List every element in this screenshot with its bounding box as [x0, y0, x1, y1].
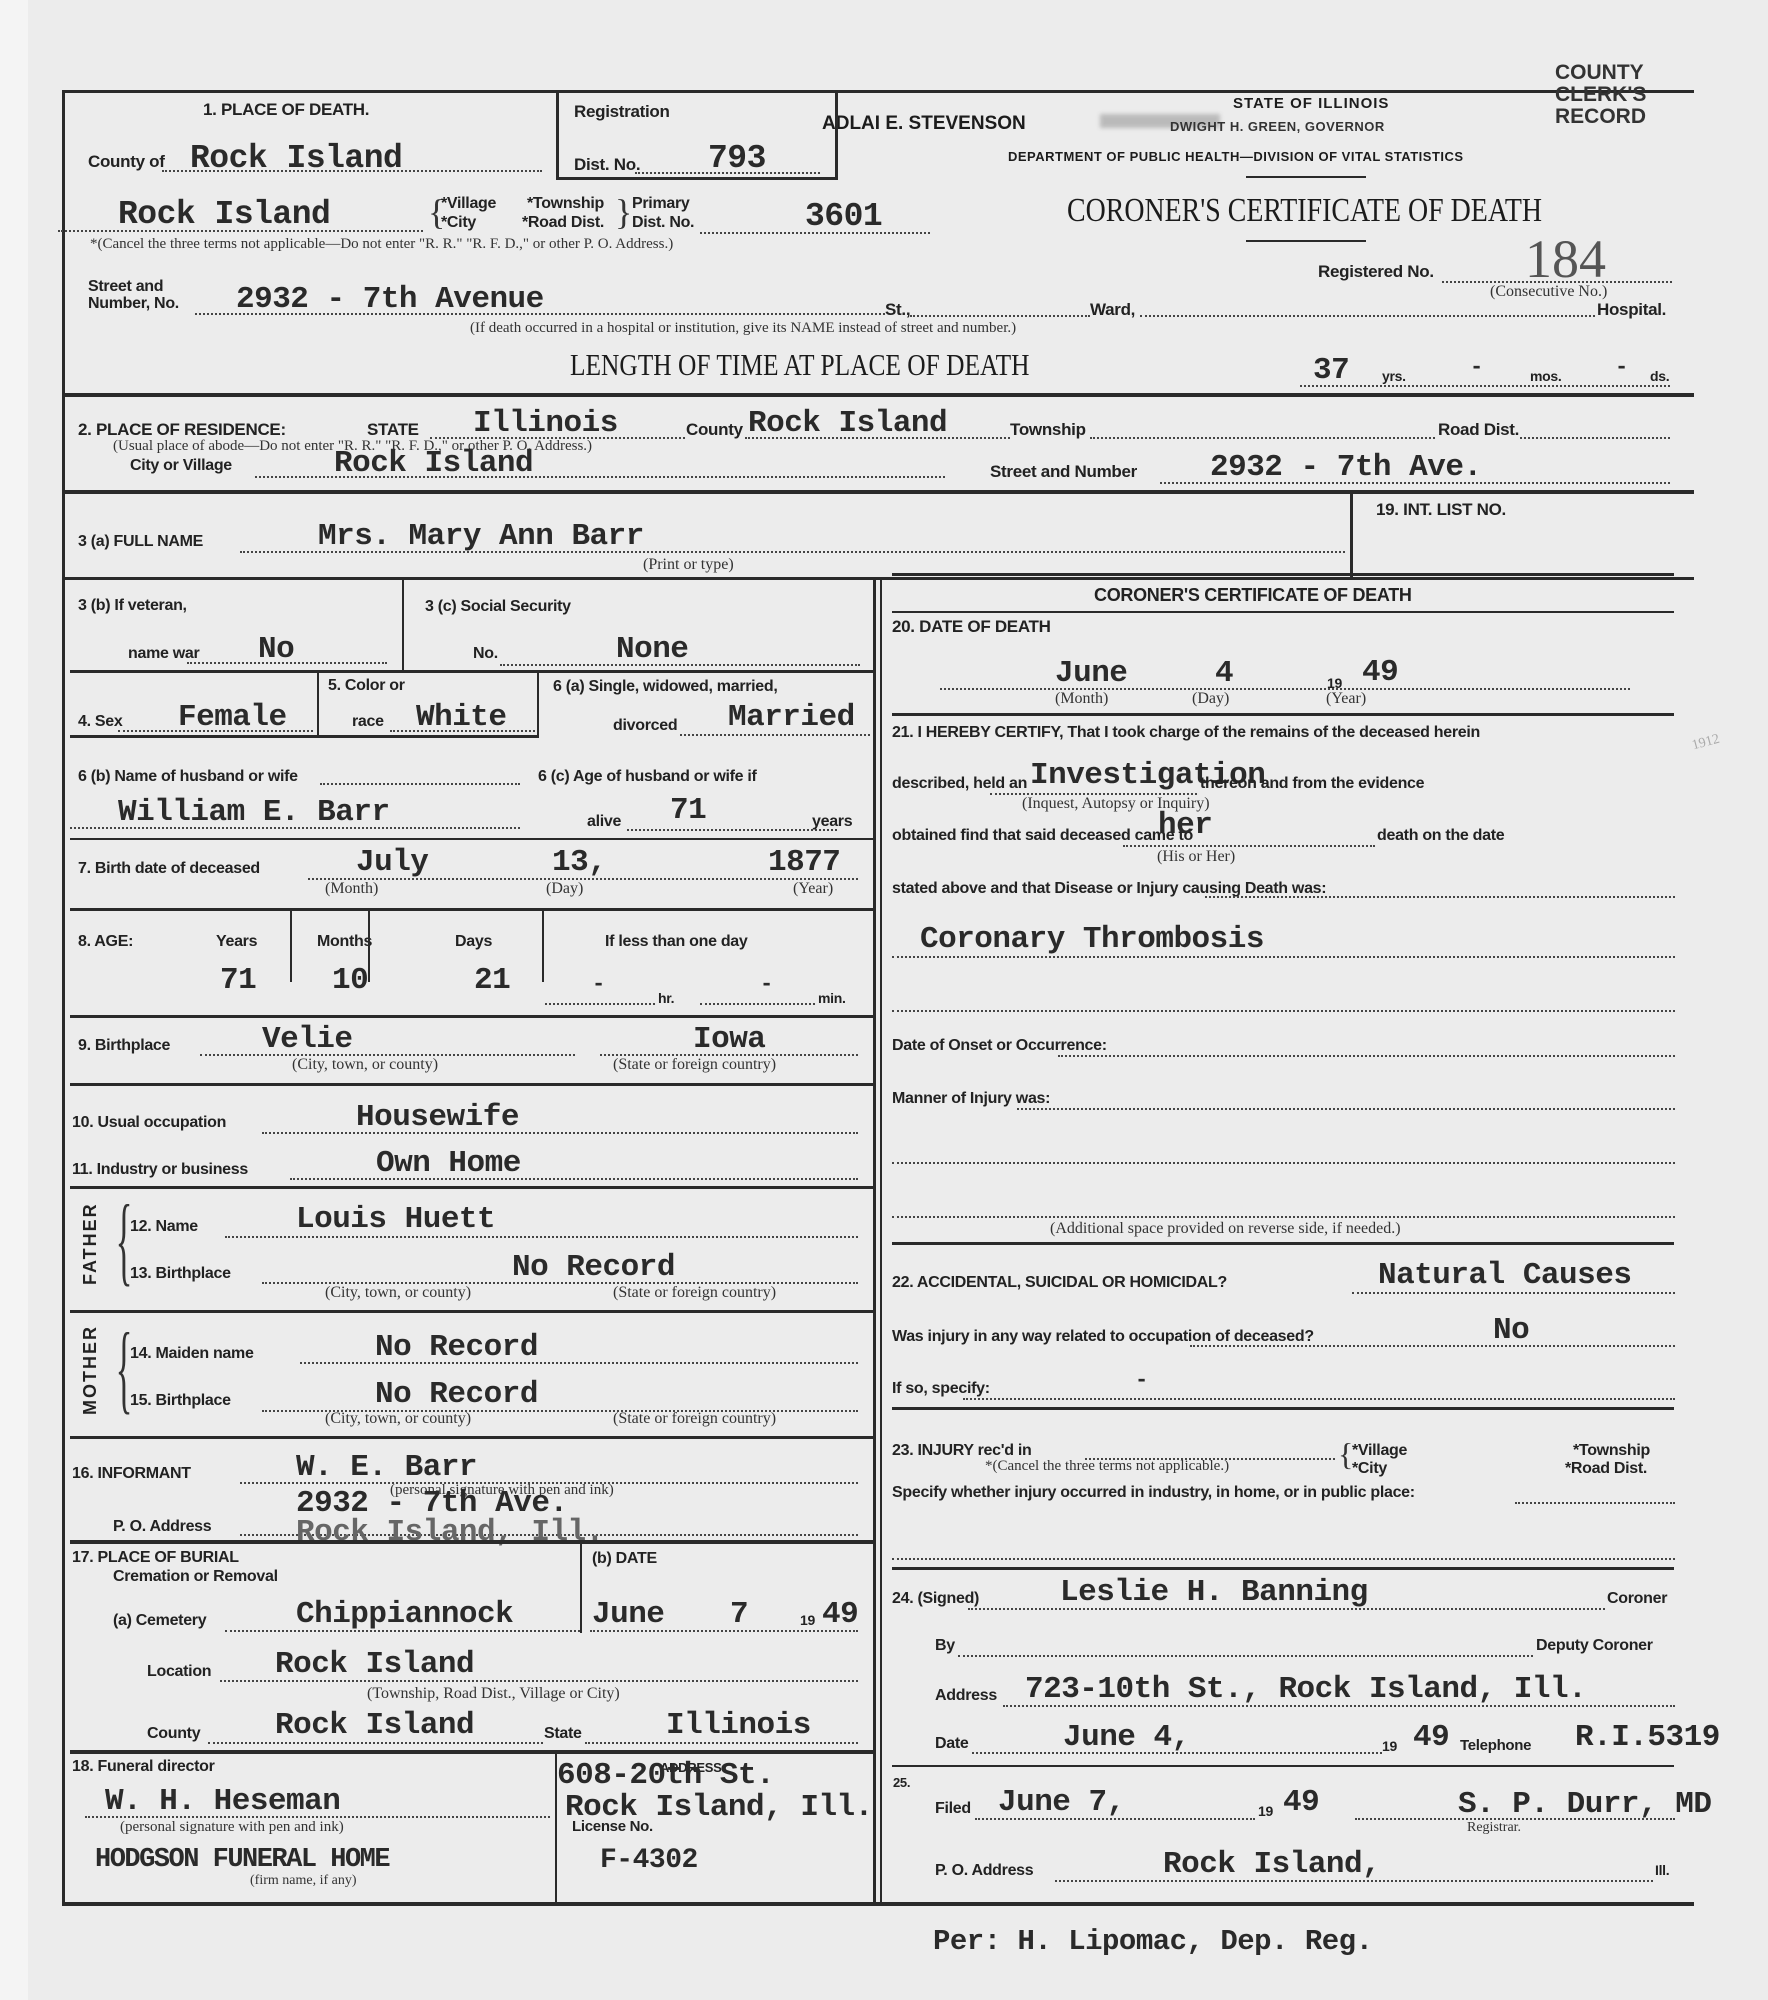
- spouse-age-value: 71: [670, 793, 706, 828]
- street-label-1: Street and: [88, 278, 179, 295]
- burial-19-label: 19: [800, 1612, 815, 1628]
- injury-village-option: *Village: [1352, 1442, 1407, 1460]
- coroner-address-label: Address: [935, 1687, 997, 1705]
- manner-line: [1017, 1108, 1675, 1110]
- city-option: *City: [441, 214, 476, 232]
- occupation-label: 10. Usual occupation: [72, 1114, 226, 1132]
- funeral-director-label: 18. Funeral director: [72, 1758, 215, 1776]
- marital-label-1: 6 (a) Single, widowed, married,: [553, 678, 778, 696]
- length-mos-value: -: [1470, 355, 1483, 380]
- ds-label: ds.: [1650, 368, 1669, 384]
- dist-no-label: Dist. No.: [574, 155, 640, 175]
- death-on-label: death on the date: [1377, 827, 1504, 845]
- age-years-label: Years: [216, 933, 257, 951]
- rule-after-residence: [62, 490, 1694, 494]
- rule-after-spouse: [70, 838, 873, 840]
- full-name-label: 3 (a) FULL NAME: [78, 533, 203, 551]
- birthplace-label: 9. Birthplace: [78, 1037, 170, 1055]
- st-label: St.,: [885, 300, 910, 320]
- father-state-note: (State or foreign country): [613, 1284, 776, 1302]
- residence-state-value: Illinois: [473, 406, 618, 441]
- residence-street-label: Street and Number: [990, 462, 1137, 482]
- rule-after-name: [62, 577, 1694, 580]
- spouse-value: William E. Barr: [118, 795, 390, 830]
- thereon-label: thereon and from the evidence: [1200, 775, 1424, 793]
- cemetery-value: Chippiannock: [296, 1597, 513, 1632]
- race-divider: [537, 673, 539, 735]
- ward-line: [1140, 315, 1595, 317]
- death-month-value: June: [1055, 656, 1127, 691]
- title-rule-top: [1246, 176, 1366, 178]
- coroner-address-value: 723-10th St., Rock Island, Ill.: [1025, 1672, 1586, 1707]
- death-street-value: 2932 - 7th Avenue: [236, 282, 544, 317]
- age-hr-line: [545, 1003, 655, 1005]
- county-clerk-line-3: RECORD: [1555, 106, 1646, 128]
- informant-name-value: W. E. Barr: [296, 1450, 477, 1485]
- burial-state-value: Illinois: [666, 1708, 811, 1743]
- residence-street-value: 2932 - 7th Ave.: [1210, 450, 1482, 485]
- license-value: F-4302: [600, 1845, 698, 1876]
- village-option: *Village: [441, 195, 496, 213]
- rule-after-occupation: [892, 1407, 1674, 1410]
- father-birthplace-label: 13. Birthplace: [130, 1265, 231, 1283]
- specify-value: -: [1135, 1368, 1148, 1393]
- cause-value: Coronary Thrombosis: [920, 922, 1264, 957]
- specify-label: If so, specify:: [892, 1380, 990, 1398]
- age-label: 8. AGE:: [78, 933, 133, 951]
- birth-month-value: July: [356, 845, 428, 880]
- st-line: [910, 315, 1090, 317]
- funeral-address-1: 608-20th St.: [557, 1758, 774, 1793]
- social-security-label: 3 (c) Social Security: [425, 598, 571, 616]
- race-label: race: [352, 713, 384, 731]
- industry-value: Own Home: [376, 1146, 521, 1181]
- residence-state-label: STATE: [367, 420, 419, 440]
- occupation-line: [262, 1132, 858, 1134]
- age-min-line: [700, 1003, 815, 1005]
- coroner-date-value: June 4,: [1063, 1720, 1190, 1755]
- ss-no-label: No.: [473, 645, 498, 663]
- license-label: License No.: [572, 1818, 653, 1835]
- rule-after-father: [70, 1310, 873, 1313]
- sex-label: 4. Sex: [78, 713, 122, 731]
- birthplace-city-value: Velie: [262, 1022, 353, 1057]
- death-month-note: (Month): [1055, 690, 1108, 708]
- hr-label: hr.: [658, 990, 674, 1006]
- accidental-label: 22. ACCIDENTAL, SUICIDAL OR HOMICIDAL?: [892, 1274, 1227, 1292]
- location-label: Location: [147, 1663, 211, 1681]
- road-dist-option: *Road Dist.: [522, 214, 604, 232]
- injury-city-option: *City: [1352, 1460, 1387, 1478]
- telephone-value: R.I.5319: [1575, 1720, 1720, 1755]
- spouse-label: 6 (b) Name of husband or wife: [78, 768, 298, 786]
- county-clerk-line-2: CLERK'S: [1555, 84, 1646, 106]
- funeral-director-value: W. H. Heseman: [105, 1784, 340, 1819]
- ward-label: Ward,: [1090, 300, 1135, 320]
- obtained-label: obtained find that said deceased came to: [892, 827, 1193, 845]
- death-day-value: 4: [1215, 656, 1233, 691]
- coroner-year-value: 49: [1413, 1720, 1449, 1755]
- injury-cancel-note: *(Cancel the three terms not applicable.…: [985, 1458, 1229, 1475]
- age-divider-2: [368, 910, 370, 982]
- filed-date-value: June 7,: [998, 1785, 1125, 1820]
- primary-dist-value: 3601: [805, 198, 882, 235]
- rule-after-age: [70, 1015, 873, 1018]
- occupation-related-label: Was injury in any way related to occupat…: [892, 1328, 1314, 1346]
- residence-city-value: Rock Island: [334, 446, 533, 481]
- burial-label-1: 17. PLACE OF BURIAL: [72, 1549, 239, 1567]
- form-left-border: [62, 90, 65, 1905]
- rule-after-injury: [892, 1567, 1674, 1570]
- sex-value: Female: [178, 700, 287, 735]
- veteran-label: 3 (b) If veteran,: [78, 597, 187, 615]
- mother-maiden-label: 14. Maiden name: [130, 1345, 254, 1363]
- length-yrs-value: 37: [1313, 353, 1349, 388]
- rule-after-industry: [70, 1186, 873, 1189]
- form-top-border: [62, 90, 1694, 93]
- certificate-title: CORONER'S CERTIFICATE OF DEATH: [1067, 192, 1542, 230]
- burial-date-label: (b) DATE: [592, 1550, 657, 1568]
- certify-text: 21. I HEREBY CERTIFY, That I took charge…: [892, 724, 1480, 742]
- spouse-age-label: 6 (c) Age of husband or wife if: [538, 768, 757, 786]
- county-clerk-record: COUNTY CLERK'S RECORD: [1555, 62, 1646, 128]
- filed-year-value: 49: [1283, 1785, 1319, 1820]
- registrar-value: S. P. Durr, MD: [1458, 1787, 1711, 1822]
- filed-19-label: 19: [1258, 1803, 1273, 1819]
- mother-birthplace-label: 15. Birthplace: [130, 1392, 231, 1410]
- injury-road-dist-option: *Road Dist.: [1565, 1460, 1647, 1478]
- informant-po-value: Rock Island, Ill.: [296, 1515, 604, 1550]
- township-option: *Township: [527, 195, 604, 213]
- page-edge: [0, 0, 28, 2000]
- burial-year-value: 49: [822, 1597, 858, 1632]
- age-hr-value: -: [592, 972, 605, 997]
- father-name-label: 12. Name: [130, 1218, 198, 1236]
- father-group-label: FATHER: [80, 1202, 101, 1285]
- column-divider: [873, 580, 876, 1905]
- occupation-value: Housewife: [356, 1100, 519, 1135]
- rule-after-death-date: [892, 713, 1674, 716]
- rule-after-sex: [70, 735, 539, 738]
- street-label: Street and Number, No.: [88, 278, 179, 312]
- hospital-label: Hospital.: [1597, 300, 1666, 320]
- yrs-label: yrs.: [1382, 368, 1406, 384]
- alive-label: alive: [587, 813, 621, 831]
- rule-after-birth: [70, 908, 873, 911]
- marital-label-2: divorced: [613, 717, 677, 735]
- birth-year-note: (Year): [793, 880, 833, 898]
- onset-line: [1058, 1055, 1675, 1057]
- father-name-value: Louis Huett: [296, 1202, 495, 1237]
- marital-value: Married: [728, 700, 855, 735]
- burial-county-label: County: [147, 1725, 200, 1743]
- pronoun-line: [1123, 845, 1375, 847]
- burial-date-divider: [580, 1543, 582, 1633]
- mother-group-label: MOTHER: [80, 1325, 101, 1415]
- consecutive-no-note: (Consecutive No.): [1490, 283, 1607, 301]
- by-label: By: [935, 1637, 955, 1655]
- min-label: min.: [818, 990, 846, 1006]
- dist-no-value: 793: [708, 140, 766, 177]
- residence-city-label: City or Village: [130, 457, 232, 475]
- cause-line-2: [892, 1010, 1675, 1012]
- name-war-label: name war: [128, 645, 199, 663]
- int-list-divider: [1350, 492, 1353, 578]
- race-value: White: [416, 700, 507, 735]
- onset-label: Date of Onset or Occurrence:: [892, 1037, 1107, 1055]
- accidental-value: Natural Causes: [1378, 1258, 1631, 1293]
- death-date-line: [940, 688, 1630, 690]
- father-city-note: (City, town, or county): [325, 1284, 471, 1302]
- specify-line: [963, 1398, 1675, 1400]
- residence-township-line: [1090, 437, 1435, 439]
- county-label: County of: [88, 152, 165, 172]
- state-of-illinois: STATE OF ILLINOIS: [1233, 95, 1389, 112]
- spouse-label-line: [320, 783, 520, 785]
- death-19-label: 19: [1327, 675, 1342, 691]
- signed-value: Leslie H. Banning: [1060, 1575, 1368, 1610]
- age-months-value: 10: [332, 963, 368, 998]
- title-rule-bottom: [1246, 240, 1366, 242]
- father-birthplace-value: No Record: [512, 1250, 675, 1285]
- additional-note: (Additional space provided on reverse si…: [1050, 1220, 1401, 1238]
- age-min-value: -: [760, 972, 773, 997]
- primary-dist-label: Dist. No.: [632, 214, 694, 232]
- age-days-value: 21: [474, 963, 510, 998]
- industry-label: 11. Industry or business: [72, 1161, 248, 1179]
- county-clerk-line-1: COUNTY: [1555, 62, 1646, 84]
- int-list-label: 19. INT. LIST NO.: [1376, 500, 1506, 520]
- ss-no-value: None: [616, 632, 688, 667]
- mother-city-note: (City, town, or county): [325, 1410, 471, 1428]
- street-label-2: Number, No.: [88, 295, 179, 312]
- burial-state-label: State: [544, 1725, 582, 1743]
- coroner-19-label: 19: [1382, 1738, 1397, 1754]
- injury-township-option: *Township: [1573, 1442, 1650, 1460]
- age-days-label: Days: [455, 933, 492, 951]
- hospital-note: (If death occurred in a hospital or inst…: [470, 320, 1016, 337]
- filing-po-label: P. O. Address: [935, 1862, 1033, 1880]
- coroner-title-rule-top: [892, 573, 1674, 576]
- length-of-time-label: LENGTH OF TIME AT PLACE OF DEATH: [570, 347, 1029, 383]
- coroner-section-title: CORONER'S CERTIFICATE OF DEATH: [1094, 585, 1412, 606]
- full-name-value: Mrs. Mary Ann Barr: [318, 519, 644, 554]
- informant-label: 16. INFORMANT: [72, 1465, 191, 1483]
- residence-county-label: County: [686, 420, 743, 440]
- less-than-day-label: If less than one day: [605, 933, 748, 951]
- filing-num: 25.: [893, 1775, 910, 1790]
- his-her-note: (His or Her): [1157, 848, 1235, 866]
- by-line: [958, 1655, 1533, 1657]
- length-ds-value: -: [1615, 355, 1628, 380]
- bracket-right: }: [615, 191, 632, 233]
- funeral-sig-note: (personal signature with pen and ink): [120, 1819, 344, 1836]
- birth-month-note: (Month): [325, 880, 378, 898]
- mos-label: mos.: [1530, 368, 1561, 384]
- telephone-label: Telephone: [1460, 1737, 1531, 1754]
- birth-day-value: 13,: [552, 845, 606, 880]
- date-of-death-label: 20. DATE OF DEATH: [892, 617, 1051, 637]
- birthplace-city-note: (City, town, or county): [292, 1056, 438, 1074]
- registrar-label: Registrar.: [1467, 1820, 1521, 1836]
- birth-day-note: (Day): [546, 880, 583, 898]
- residence-road-dist-line: [1520, 437, 1670, 439]
- age-divider-3: [542, 910, 544, 982]
- sex-divider: [317, 673, 319, 735]
- death-year-value: 49: [1362, 655, 1398, 690]
- injury-place-line-2: [892, 1558, 1675, 1560]
- rule-after-birthplace: [70, 1083, 873, 1086]
- mother-state-note: (State or foreign country): [613, 1410, 776, 1428]
- rule-after-length: [62, 393, 1694, 397]
- manner-label: Manner of Injury was:: [892, 1090, 1050, 1108]
- mother-maiden-value: No Record: [375, 1330, 538, 1365]
- funeral-firm-note: (firm name, if any): [250, 1873, 357, 1889]
- rule-after-informant: [70, 1540, 873, 1544]
- color-label: 5. Color or: [328, 677, 405, 695]
- funeral-firm-value: HODGSON FUNERAL HOME: [95, 1845, 389, 1875]
- department-line: DEPARTMENT OF PUBLIC HEALTH—DIVISION OF …: [1008, 149, 1464, 164]
- location-note: (Township, Road Dist., Village or City): [367, 1685, 620, 1703]
- residence-road-dist-label: Road Dist.: [1438, 420, 1519, 440]
- age-divider-1: [290, 910, 292, 982]
- location-value: Rock Island: [275, 1647, 474, 1682]
- residence-township-label: Township: [1010, 420, 1086, 440]
- burial-month-value: June: [592, 1597, 664, 1632]
- described-label: described, held an: [892, 775, 1027, 793]
- burial-day-value: 7: [730, 1597, 748, 1632]
- injury-place-label: Specify whether injury occurred in indus…: [892, 1484, 1415, 1502]
- registered-no-label: Registered No.: [1318, 262, 1434, 282]
- injury-place-line: [1515, 1502, 1675, 1504]
- pronoun-value: her: [1158, 808, 1212, 843]
- form-bottom-border: [62, 1902, 1694, 1906]
- rule-after-cause: [892, 1242, 1674, 1245]
- filed-label: Filed: [935, 1800, 971, 1818]
- birth-date-label: 7. Birth date of deceased: [78, 860, 260, 878]
- governor-old-name: ADLAI E. STEVENSON: [822, 113, 1026, 135]
- filing-po-value: Rock Island,: [1163, 1847, 1380, 1882]
- years-label: years: [812, 813, 852, 831]
- manner-line-2: [892, 1162, 1675, 1164]
- veteran-value: No: [258, 632, 294, 667]
- death-city-value: Rock Island: [118, 196, 330, 233]
- birthplace-state-value: Iowa: [693, 1022, 765, 1057]
- place-of-death-label: 1. PLACE OF DEATH.: [203, 100, 369, 120]
- signed-label: 24. (Signed): [892, 1590, 979, 1608]
- cancel-note: *(Cancel the three terms not applicable—…: [90, 236, 673, 253]
- burial-label-2: Cremation or Removal: [113, 1568, 278, 1586]
- residence-county-line: [745, 437, 1010, 439]
- cemetery-label: (a) Cemetery: [113, 1612, 206, 1630]
- length-line: [1300, 385, 1670, 387]
- birth-year-value: 1877: [768, 845, 840, 880]
- mother-birthplace-value: No Record: [375, 1377, 538, 1412]
- registration-label: Registration: [574, 102, 670, 122]
- governor-name: DWIGHT H. GREEN, GOVERNOR: [1170, 119, 1385, 134]
- rule-after-coroner: [892, 1765, 1674, 1767]
- filing-ill-label: Ill.: [1655, 1862, 1669, 1878]
- informant-po-label: P. O. Address: [113, 1518, 211, 1536]
- occupation-related-value: No: [1493, 1313, 1529, 1348]
- residence-label: 2. PLACE OF RESIDENCE:: [78, 420, 286, 440]
- coroner-date-label: Date: [935, 1735, 968, 1753]
- manner-line-3: [892, 1216, 1675, 1218]
- death-year-note: (Year): [1326, 690, 1366, 708]
- coroner-title-rule-bottom: [892, 611, 1674, 613]
- deputy-coroner-label: Deputy Coroner: [1536, 1637, 1653, 1655]
- rule-after-mother: [70, 1436, 873, 1439]
- age-months-label: Months: [317, 933, 372, 951]
- stated-line: [1205, 896, 1675, 898]
- alive-line: [627, 829, 837, 831]
- print-note: (Print or type): [643, 556, 734, 574]
- primary-label: Primary: [632, 195, 690, 213]
- burial-county-value: Rock Island: [275, 1708, 474, 1743]
- per-deputy-registrar: Per: H. Lipomac, Dep. Reg.: [933, 1925, 1372, 1958]
- coroner-label: Coroner: [1607, 1590, 1667, 1608]
- birthplace-state-note: (State or foreign country): [613, 1056, 776, 1074]
- death-county-value: Rock Island: [190, 140, 402, 177]
- rule-after-veteran: [70, 670, 873, 673]
- residence-county-value: Rock Island: [748, 406, 947, 441]
- age-years-value: 71: [220, 963, 256, 998]
- occupation-related-line: [1190, 1345, 1675, 1347]
- veteran-divider: [402, 580, 404, 670]
- column-divider-inner: [880, 580, 882, 1905]
- rule-after-burial: [70, 1750, 873, 1754]
- registered-no-value: 184: [1525, 228, 1606, 290]
- death-day-note: (Day): [1192, 690, 1229, 708]
